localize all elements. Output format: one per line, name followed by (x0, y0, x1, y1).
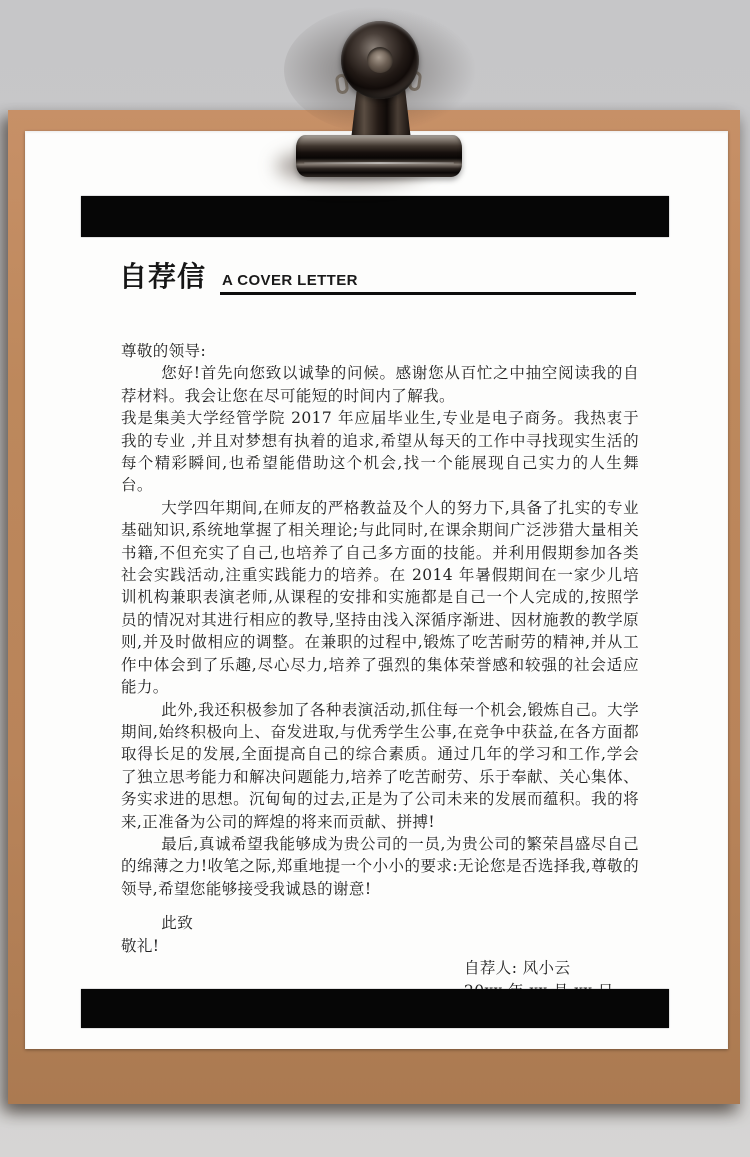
clip-wire-loop-left (335, 73, 350, 94)
salutation: 尊敬的领导: (121, 340, 639, 362)
signer-name: 自荐人: 风小云 (464, 957, 639, 980)
title-underline (220, 292, 636, 295)
clipboard-board: 自荐信 A COVER LETTER 尊敬的领导: 您好!首先向您致以诚挚的问候… (8, 110, 740, 1104)
clip-knob-hole (367, 47, 393, 73)
clip-wire-loop-right (408, 70, 423, 91)
letter-body: 尊敬的领导: 您好!首先向您致以诚挚的问候。感谢您从百忙之中抽空阅读我的自荐材料… (121, 340, 639, 1003)
letter-paper: 自荐信 A COVER LETTER 尊敬的领导: 您好!首先向您致以诚挚的问候… (25, 131, 728, 1049)
paragraph-1: 您好!首先向您致以诚挚的问候。感谢您从百忙之中抽空阅读我的自荐材料。我会让您在尽… (121, 362, 639, 407)
scene: 自荐信 A COVER LETTER 尊敬的领导: 您好!首先向您致以诚挚的问候… (0, 0, 750, 1157)
paragraph-3: 大学四年期间,在师友的严格教益及个人的努力下,具备了扎实的专业基础知识,系统地掌… (121, 497, 639, 699)
top-black-bar (81, 196, 669, 237)
paragraph-2: 我是集美大学经管学院 2017 年应届毕业生,专业是电子商务。我热衷于我的专业 … (121, 407, 639, 497)
letter-title-cn: 自荐信 (119, 261, 206, 293)
closing-block: 此致 敬礼! (121, 912, 639, 957)
clip-knob (341, 21, 419, 99)
bottom-black-bar (81, 989, 669, 1028)
closing-word: 此致 (121, 912, 639, 934)
paragraph-5: 最后,真诚希望我能够成为贵公司的一员,为贵公司的繁荣昌盛尽自己的绵薄之力!收笔之… (121, 833, 639, 900)
letter-title-en: A COVER LETTER (222, 272, 358, 289)
paragraph-4: 此外,我还积极参加了各种表演活动,抓住每一个机会,锻炼自己。大学期间,始终积极向… (121, 699, 639, 833)
salute-word: 敬礼! (121, 935, 639, 957)
